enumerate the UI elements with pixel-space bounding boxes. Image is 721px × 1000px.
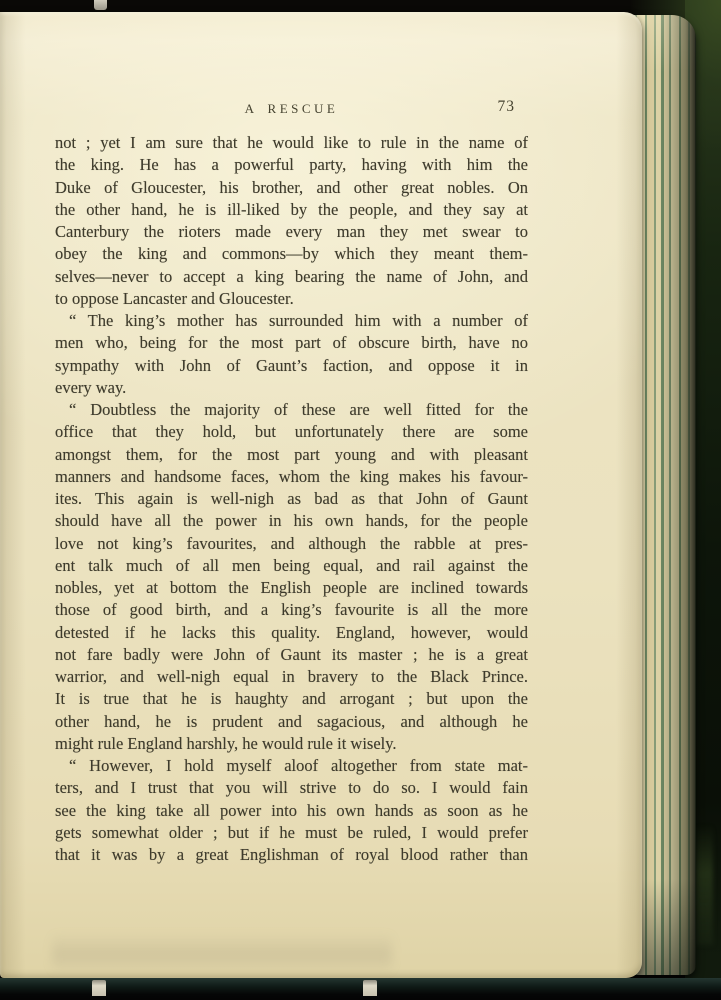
- page-text-block: not ; yet I am sure that he would like t…: [55, 132, 528, 866]
- cradle-clip-top: [94, 0, 107, 10]
- book-cover-bottom-sliver: [695, 825, 713, 945]
- text-line: other hand, he is prudent and sagacious,…: [55, 711, 528, 733]
- text-line: manners and handsome faces, whom the kin…: [55, 466, 528, 488]
- text-line: love not king’s favourites, and although…: [55, 533, 528, 555]
- text-line: nobles, yet at bottom the English people…: [55, 577, 528, 599]
- paper-smudge: [52, 932, 392, 974]
- text-line: might rule England harshly, he would rul…: [55, 733, 528, 755]
- text-line: to oppose Lancaster and Gloucester.: [55, 288, 528, 310]
- text-line: “ The king’s mother has surrounded him w…: [55, 310, 528, 332]
- text-line: those of good birth, and a king’s favour…: [55, 599, 528, 621]
- text-line: Duke of Gloucester, his brother, and oth…: [55, 177, 528, 199]
- paragraph-4: “ However, I hold myself aloof altogethe…: [55, 755, 528, 866]
- text-line: ent talk much of all men being equal, an…: [55, 555, 528, 577]
- text-line: not fare badly were John of Gaunt its ma…: [55, 644, 528, 666]
- text-line: that it was by a great Englishman of roy…: [55, 844, 528, 866]
- text-line: the king. He has a powerful party, havin…: [55, 154, 528, 176]
- cradle-clip-bottom-left: [92, 980, 106, 996]
- text-line: It is true that he is haughty and arroga…: [55, 688, 528, 710]
- text-line: office that they hold, but unfortunately…: [55, 421, 528, 443]
- cradle-clip-bottom-right: [363, 980, 377, 996]
- text-line: amongst them, for the most part young an…: [55, 444, 528, 466]
- text-line: selves—never to accept a king bearing th…: [55, 266, 528, 288]
- text-line: Canterbury the rioters made every man th…: [55, 221, 528, 243]
- page-number: 73: [498, 98, 516, 116]
- paragraph-2: “ The king’s mother has surrounded him w…: [55, 310, 528, 399]
- page-header: A RESCUE 73: [55, 98, 528, 124]
- paragraph-3: “ Doubtless the majority of these are we…: [55, 399, 528, 755]
- text-line: “ However, I hold myself aloof altogethe…: [55, 755, 528, 777]
- book-scan-photo: A RESCUE 73 not ; yet I am sure that he …: [0, 0, 721, 1000]
- text-line: men who, being for the most part of obsc…: [55, 332, 528, 354]
- text-line: every way.: [55, 377, 528, 399]
- cradle-table-edge: [0, 978, 721, 1000]
- text-line: see the king take all power into his own…: [55, 800, 528, 822]
- text-line: warrior, and well-nigh equal in bravery …: [55, 666, 528, 688]
- text-line: sympathy with John of Gaunt’s faction, a…: [55, 355, 528, 377]
- book-page: A RESCUE 73 not ; yet I am sure that he …: [0, 12, 642, 978]
- text-line: ites. This again is well-nigh as bad as …: [55, 488, 528, 510]
- text-line: should have all the power in his own han…: [55, 510, 528, 532]
- running-title: A RESCUE: [55, 101, 528, 117]
- text-line: “ Doubtless the majority of these are we…: [55, 399, 528, 421]
- paragraph-1: not ; yet I am sure that he would like t…: [55, 132, 528, 310]
- text-line: ters, and I trust that you will strive t…: [55, 777, 528, 799]
- text-line: the other hand, he is ill-liked by the p…: [55, 199, 528, 221]
- text-line: obey the king and commons—by which they …: [55, 243, 528, 265]
- text-line: detested if he lacks this quality. Engla…: [55, 622, 528, 644]
- text-line: gets somewhat older ; but if he must be …: [55, 822, 528, 844]
- text-line: not ; yet I am sure that he would like t…: [55, 132, 528, 154]
